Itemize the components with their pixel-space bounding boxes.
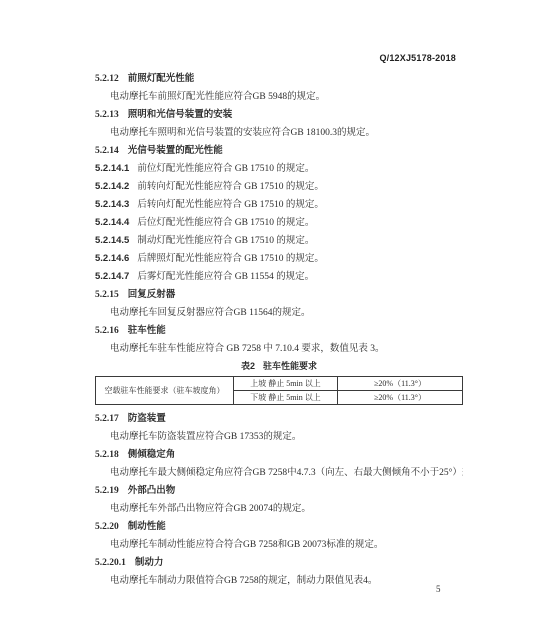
heading-5-2-20-1: 5.2.20.1制动力 <box>95 554 463 572</box>
heading-5-2-18: 5.2.18侧倾稳定角 <box>95 446 463 464</box>
section-number: 5.2.13 <box>95 110 119 120</box>
section-number: 5.2.17 <box>95 414 119 424</box>
page-number: 5 <box>436 584 441 594</box>
section-number: 5.2.15 <box>95 290 119 300</box>
heading-5-2-19: 5.2.19外部凸出物 <box>95 482 463 500</box>
para-5-2-12: 电动摩托车前照灯配光性能应符合GB 5948的规定。 <box>95 88 463 106</box>
clause-text: 前位灯配光性能应符合 GB 17510 的规定。 <box>137 164 314 174</box>
clause-5-2-14-3: 5.2.14.3后转向灯配光性能应符合 GB 17510 的规定。 <box>95 196 463 214</box>
para-5-2-20: 电动摩托车制动性能应符合符合GB 7258和GB 20073标准的规定。 <box>95 536 463 554</box>
clause-text: 前转向灯配光性能应符合 GB 17510 的规定。 <box>137 182 324 192</box>
clause-text: 后转向灯配光性能应符合 GB 17510 的规定。 <box>137 200 324 210</box>
para-5-2-18: 电动摩托车最大侧倾稳定角应符合GB 7258中4.7.3（向左、右最大侧倾角不小… <box>95 464 463 482</box>
table-cell-row-header: 空载驻车性能要求（驻车坡度角） <box>96 377 234 405</box>
clause-5-2-14-1: 5.2.14.1前位灯配光性能应符合 GB 17510 的规定。 <box>95 160 463 178</box>
clause-5-2-14-2: 5.2.14.2前转向灯配光性能应符合 GB 17510 的规定。 <box>95 178 463 196</box>
heading-5-2-13: 5.2.13照明和光信号装置的安装 <box>95 106 463 124</box>
section-title: 驻车性能 <box>128 325 166 336</box>
para-5-2-16: 电动摩托车驻车性能应符合 GB 7258 中 7.10.4 要求，数值见表 3。 <box>95 340 463 358</box>
clause-text: 制动灯配光性能应符合 GB 17510 的规定。 <box>137 236 314 246</box>
section-title: 制动力 <box>135 557 164 568</box>
section-number: 5.2.18 <box>95 450 119 460</box>
parking-performance-table: 空载驻车性能要求（驻车坡度角） 上坡 静止 5min 以上 ≥20%（11.3°… <box>95 376 463 405</box>
clause-number: 5.2.14.6 <box>95 253 129 264</box>
section-title: 制动性能 <box>128 521 166 532</box>
section-title: 回复反射器 <box>128 289 176 300</box>
heading-5-2-20: 5.2.20制动性能 <box>95 518 463 536</box>
clause-text: 后位灯配光性能应符合 GB 17510 的规定。 <box>137 218 314 228</box>
table-title-text: 驻车性能要求 <box>263 361 317 371</box>
clause-text: 后雾灯配光性能应符合 GB 11554 的规定。 <box>137 272 314 282</box>
heading-5-2-12: 5.2.12前照灯配光性能 <box>95 70 463 88</box>
heading-5-2-17: 5.2.17防盗装置 <box>95 410 463 428</box>
section-number: 5.2.20.1 <box>95 558 126 568</box>
heading-5-2-15: 5.2.15回复反射器 <box>95 286 463 304</box>
section-number: 5.2.19 <box>95 486 119 496</box>
clause-number: 5.2.14.7 <box>95 271 129 282</box>
section-number: 5.2.16 <box>95 326 119 336</box>
section-title: 前照灯配光性能 <box>128 73 195 84</box>
section-title: 防盗装置 <box>128 413 166 424</box>
heading-5-2-16: 5.2.16驻车性能 <box>95 322 463 340</box>
clause-number: 5.2.14.5 <box>95 235 129 246</box>
section-number: 5.2.12 <box>95 74 119 84</box>
para-5-2-20-1: 电动摩托车制动力限值符合GB 7258的规定，制动力限值见表4。 <box>95 572 463 590</box>
document-body: 5.2.12前照灯配光性能 电动摩托车前照灯配光性能应符合GB 5948的规定。… <box>95 70 463 590</box>
para-5-2-15: 电动摩托车回复反射器应符合GB 11564的规定。 <box>95 304 463 322</box>
clause-number: 5.2.14.4 <box>95 217 129 228</box>
clause-text: 后牌照灯配光性能应符合 GB 17510 的规定。 <box>137 254 324 264</box>
table-title: 表2驻车性能要求 <box>95 358 463 375</box>
para-5-2-13: 电动摩托车照明和光信号装置的安装应符合GB 18100.3的规定。 <box>95 124 463 142</box>
clause-number: 5.2.14.2 <box>95 181 129 192</box>
table-label: 表2 <box>241 361 255 371</box>
table-cell-value: ≥20%（11.3°） <box>338 377 463 391</box>
clause-number: 5.2.14.3 <box>95 199 129 210</box>
clause-5-2-14-7: 5.2.14.7后雾灯配光性能应符合 GB 11554 的规定。 <box>95 268 463 286</box>
heading-5-2-14: 5.2.14光信号装置的配光性能 <box>95 142 463 160</box>
table-cell-condition: 上坡 静止 5min 以上 <box>234 377 338 391</box>
clause-number: 5.2.14.1 <box>95 163 129 174</box>
para-5-2-17: 电动摩托车防盗装置应符合GB 17353的规定。 <box>95 428 463 446</box>
table-cell-condition: 下坡 静止 5min 以上 <box>234 391 338 405</box>
table-row: 空载驻车性能要求（驻车坡度角） 上坡 静止 5min 以上 ≥20%（11.3°… <box>96 377 463 391</box>
document-page: Q/12XJ5178-2018 5.2.12前照灯配光性能 电动摩托车前照灯配光… <box>0 0 540 640</box>
section-title: 光信号装置的配光性能 <box>128 145 223 156</box>
para-5-2-19: 电动摩托车外部凸出物应符合GB 20074的规定。 <box>95 500 463 518</box>
section-number: 5.2.14 <box>95 146 119 156</box>
section-number: 5.2.20 <box>95 522 119 532</box>
clause-5-2-14-4: 5.2.14.4后位灯配光性能应符合 GB 17510 的规定。 <box>95 214 463 232</box>
clause-5-2-14-6: 5.2.14.6后牌照灯配光性能应符合 GB 17510 的规定。 <box>95 250 463 268</box>
table-cell-value: ≥20%（11.3°） <box>338 391 463 405</box>
clause-5-2-14-5: 5.2.14.5制动灯配光性能应符合 GB 17510 的规定。 <box>95 232 463 250</box>
section-title: 照明和光信号装置的安装 <box>128 109 233 120</box>
section-title: 外部凸出物 <box>128 485 176 496</box>
doc-number: Q/12XJ5178-2018 <box>379 53 456 63</box>
section-title: 侧倾稳定角 <box>128 449 176 460</box>
